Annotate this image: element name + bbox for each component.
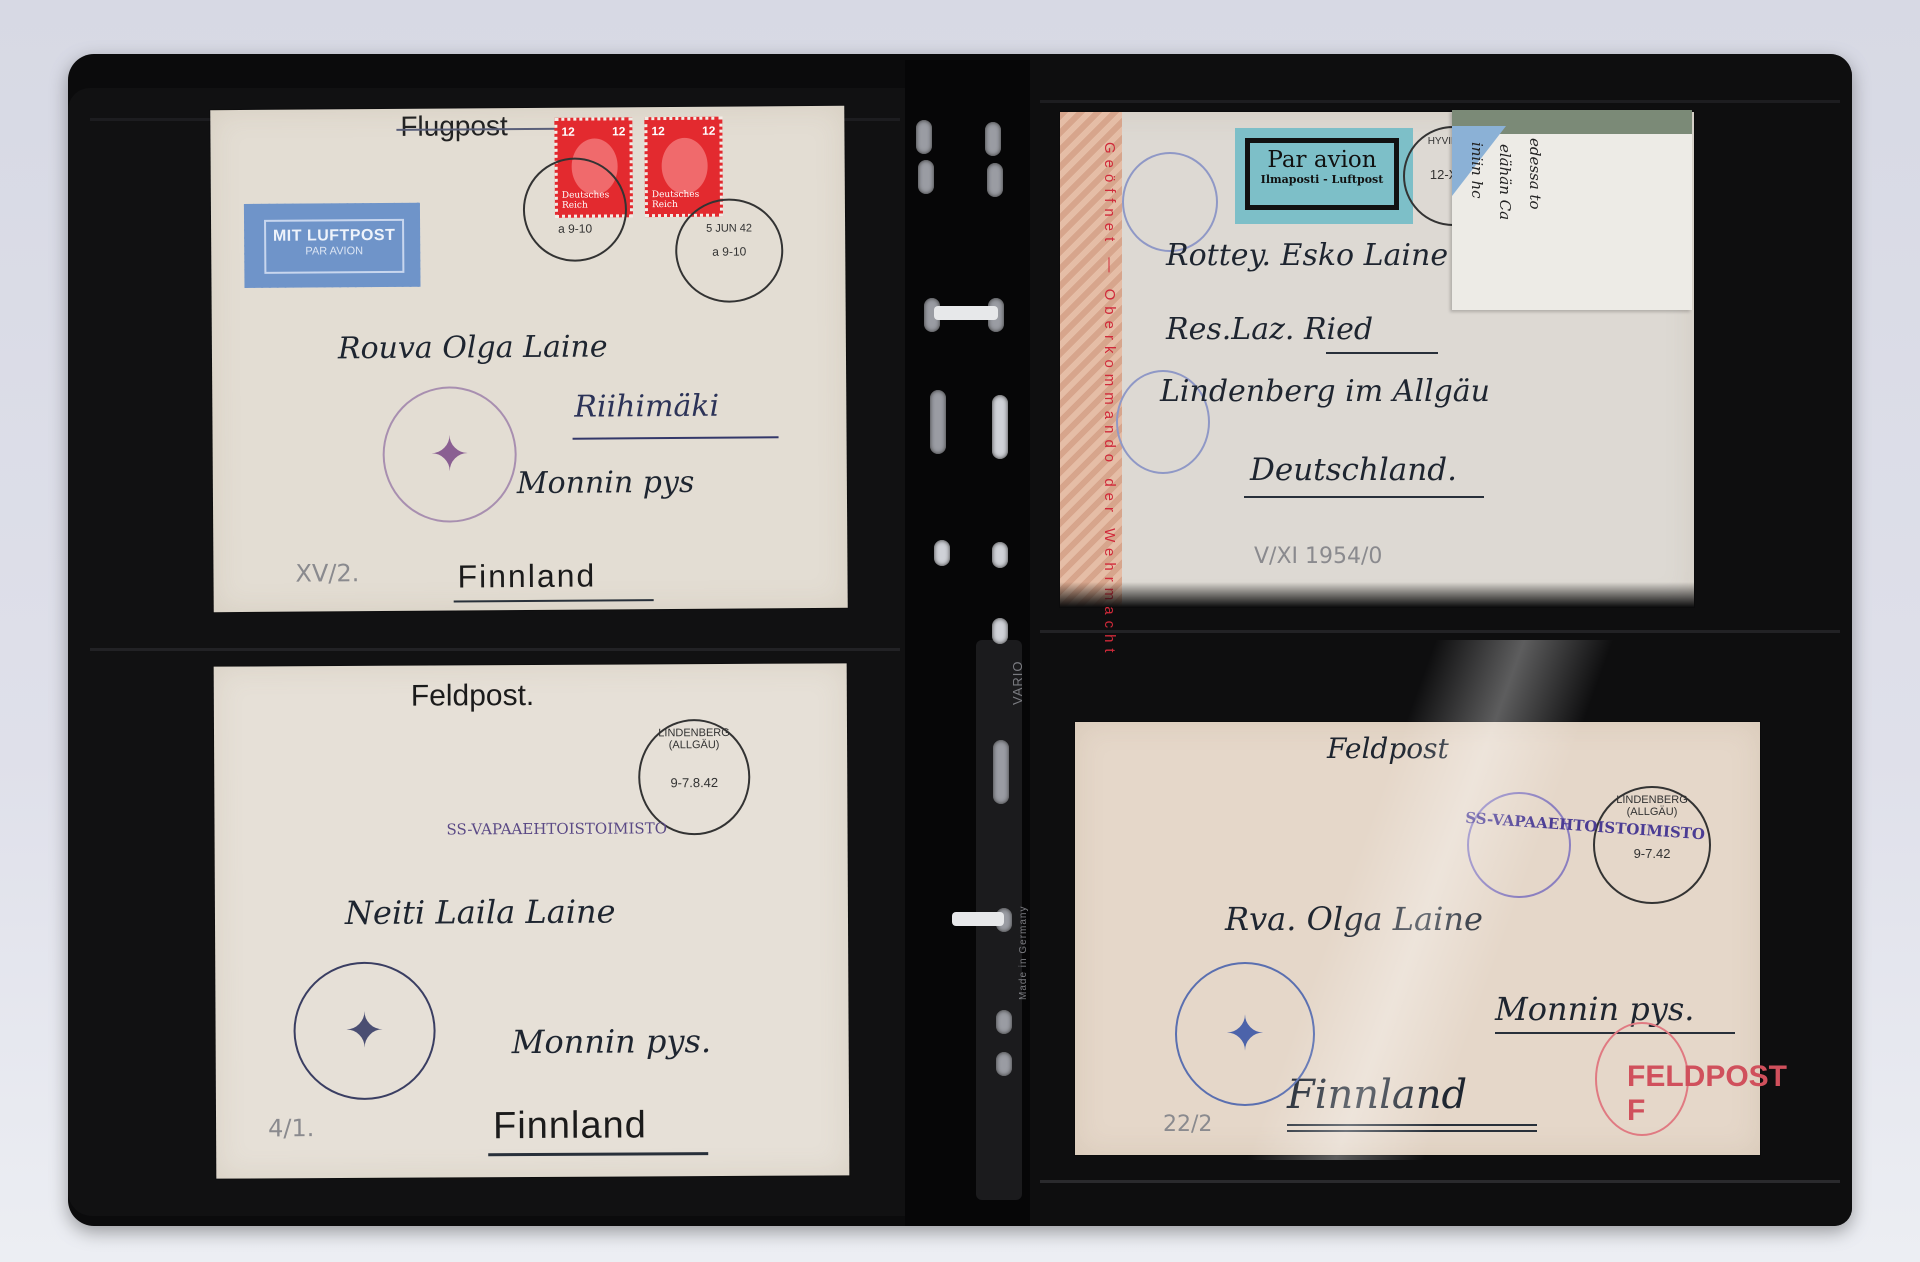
address-line: Rottey. Esko Laine — [1166, 238, 1448, 273]
punch-hole — [992, 542, 1008, 568]
eagle-seal: ✦ — [382, 386, 517, 523]
address-line: Monnin pys. — [1495, 990, 1694, 1028]
censor-seal — [1122, 152, 1218, 252]
eagle-seal: ✦ — [1175, 962, 1315, 1106]
cover-top-right[interactable]: Geöffnet — Oberkommando der Wehrmacht Pa… — [1060, 112, 1694, 607]
pencil-note: 4/1. — [268, 1114, 314, 1142]
postmark: LINDENBERG (ALLGÄU) 9-7.8.42 — [638, 719, 751, 836]
address-line: Rva. Olga Laine — [1225, 900, 1483, 938]
address-line: Neiti Laila Laine — [345, 893, 616, 932]
punch-hole — [987, 163, 1003, 197]
censor-seal — [1467, 792, 1571, 898]
postmark: 5 JUN 42 a 9-10 — [675, 198, 784, 303]
address-underline — [488, 1152, 708, 1156]
binder-origin-text: Made in Germany — [1018, 906, 1029, 1000]
address-underline — [573, 436, 779, 439]
punch-hole — [996, 1052, 1012, 1076]
address-line: Deutschland. — [1250, 452, 1457, 488]
address-line: Monnin pys — [517, 465, 695, 501]
feldpost-header: Feldpost — [1327, 732, 1449, 765]
pocket-bottom-edge-right — [1040, 1180, 1840, 1183]
postmark: a 9-10 — [523, 157, 628, 262]
cover-bottom-left[interactable]: Feldpost. LINDENBERG (ALLGÄU) 9-7.8.42 S… — [214, 663, 850, 1178]
flugpost-header: Flugpost — [400, 110, 508, 143]
address-line: Riihimäki — [574, 389, 719, 425]
pocket-divider-right — [1040, 630, 1840, 633]
punch-hole — [992, 618, 1008, 644]
par-avion-label: Par avion Ilmaposti - Luftpost — [1235, 128, 1413, 224]
eagle-icon: ✦ — [344, 1003, 385, 1059]
cover-bottom-right[interactable]: Feldpost LINDENBERG (ALLGÄU) 9-7.42 SS-V… — [1075, 722, 1760, 1155]
punch-hole — [930, 390, 946, 454]
binder-ring — [952, 912, 1004, 926]
address-country: Finnland — [493, 1104, 647, 1148]
binder-ring — [934, 306, 998, 320]
eagle-icon: ✦ — [1225, 1006, 1265, 1062]
pocket-divider-left — [90, 648, 900, 651]
punch-hole — [934, 540, 950, 566]
address-line: Monnin pys. — [512, 1022, 712, 1061]
feldpost-red-mark: FELDPOST F — [1595, 1022, 1689, 1136]
address-line: Lindenberg im Allgäu — [1160, 374, 1490, 409]
ss-handstamp: SS-VAPAAEHTOISTOIMISTO — [446, 819, 667, 838]
airmail-label-line1: MIT LUFTPOST — [266, 227, 402, 246]
binder-brand: VARIO — [1010, 661, 1025, 706]
cover-top-left[interactable]: Flugpost MIT LUFTPOST PAR AVION 12 12 De… — [210, 106, 847, 612]
par-avion-line1: Par avion — [1250, 147, 1394, 173]
address-country: Finnland — [1287, 1072, 1467, 1118]
par-avion-line2: Ilmaposti - Luftpost — [1250, 173, 1394, 186]
postmark: LINDENBERG (ALLGÄU) 9-7.42 — [1593, 786, 1711, 904]
torn-edge — [1060, 582, 1694, 607]
pencil-note: XV/2. — [295, 559, 359, 587]
airmail-label-line2: PAR AVION — [266, 245, 402, 258]
address-underline — [1287, 1124, 1537, 1126]
feldpost-header: Feldpost. — [411, 679, 535, 714]
pocket-top-edge-right — [1040, 100, 1840, 103]
eagle-seal: ✦ — [293, 962, 436, 1101]
punch-hole — [992, 395, 1008, 459]
punch-hole — [993, 740, 1009, 804]
punch-hole — [996, 1010, 1012, 1034]
pencil-note: 22/2 — [1163, 1112, 1212, 1137]
address-underline — [454, 599, 654, 602]
punch-hole — [916, 120, 932, 154]
address-underline — [1326, 352, 1438, 354]
address-underline — [1244, 496, 1484, 498]
address-line: Rouva Olga Laine — [338, 329, 608, 366]
punch-hole — [985, 122, 1001, 156]
eagle-icon: ✦ — [429, 426, 470, 482]
portrait-icon — [661, 138, 707, 194]
airmail-label: MIT LUFTPOST PAR AVION — [244, 203, 421, 288]
address-line: Res.Laz. Ried — [1166, 312, 1373, 347]
punch-hole — [918, 160, 934, 194]
address-country: Finnland — [457, 558, 596, 596]
pencil-note: V/XI 1954/0 — [1254, 544, 1382, 569]
enclosed-letter-flap: edessa to elähän Ca iniin hc — [1452, 110, 1692, 310]
address-underline — [1287, 1130, 1537, 1132]
